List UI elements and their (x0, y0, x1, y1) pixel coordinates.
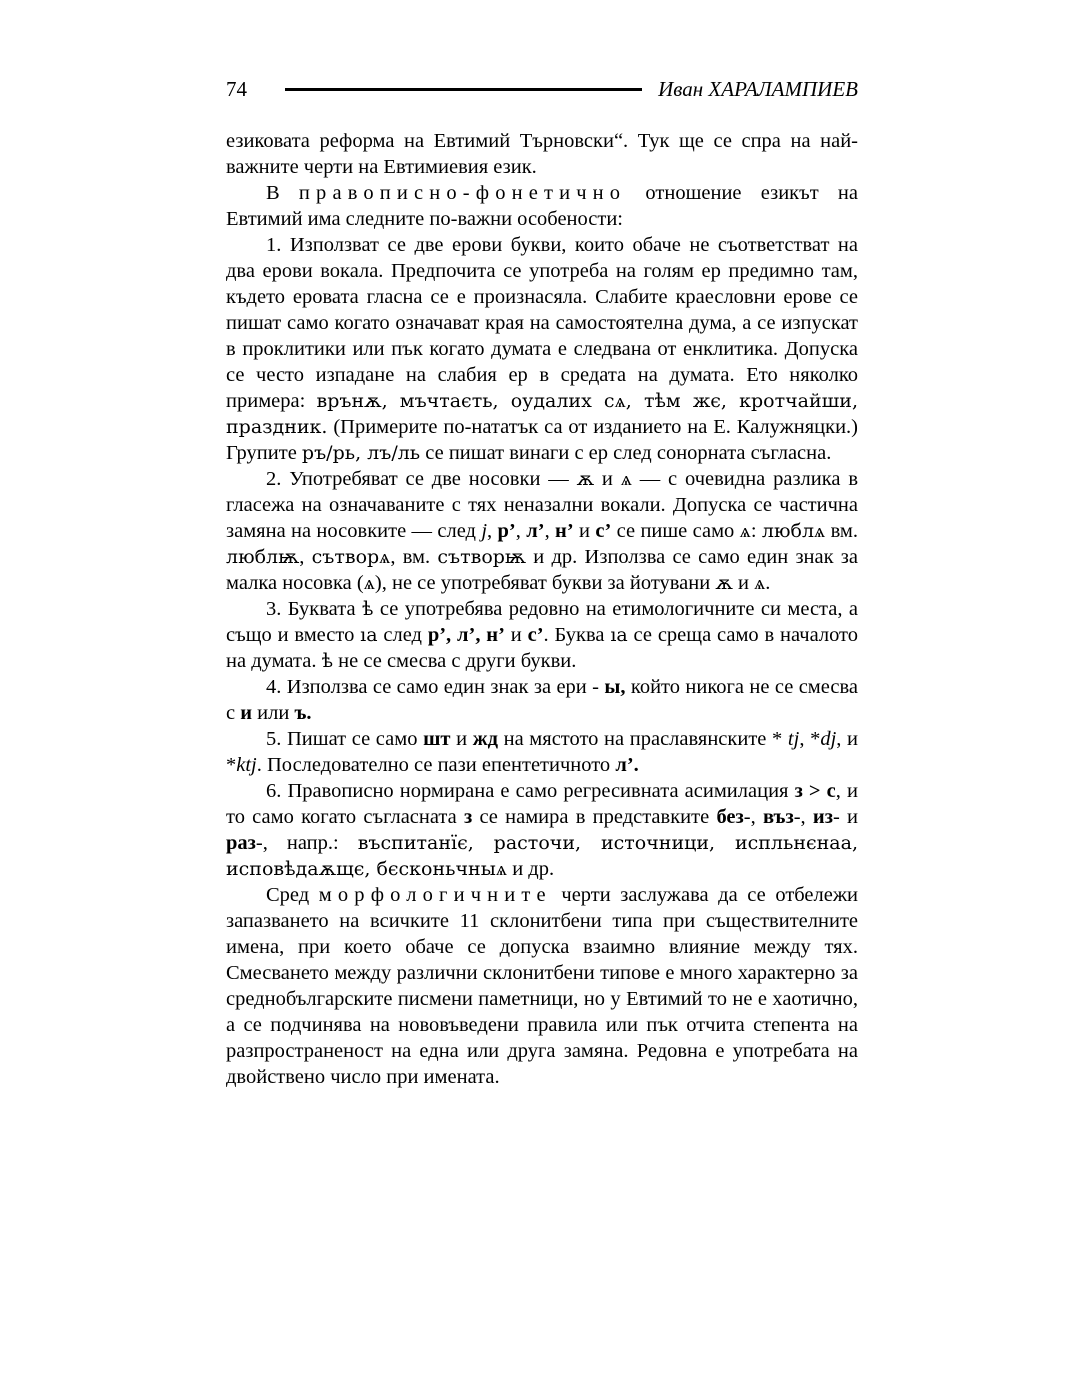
text-run: се намира в представките (472, 806, 716, 828)
text-run: с’ (595, 520, 611, 542)
text-run: и (451, 728, 473, 750)
text-run: -, (744, 806, 763, 828)
page-header: 74 Иван ХАРАЛАМПИЕВ (226, 76, 858, 102)
text-run: черти заслужава да се отбележи запазване… (226, 884, 858, 1088)
text-run: , (299, 546, 311, 568)
text-run: л’ (526, 520, 544, 542)
text-run: tj (788, 728, 799, 750)
slavonic-text: ıа (610, 624, 627, 646)
text-run: раз (226, 832, 256, 854)
slavonic-text: люблѧ (762, 520, 825, 542)
text-run: шт (423, 728, 450, 750)
text-run: езиковата реформа на Евтимий Търновски“.… (226, 130, 858, 178)
text-run: р’, л’, н’ (428, 624, 505, 646)
slavonic-text: ѫ (577, 468, 594, 490)
running-head-author: Иван ХАРАЛАМПИЕВ (658, 76, 858, 102)
text-run: правописно-фонетично (299, 182, 626, 204)
slavonic-text: ѣ (322, 650, 333, 672)
text-run: на мястото на праславянските * (498, 728, 788, 750)
paragraph: 2. Употребяват се две носовки — ѫ и ѧ — … (226, 466, 858, 596)
text-run: и др. (507, 858, 554, 880)
page-content: 74 Иван ХАРАЛАМПИЕВ езиковата реформа на… (226, 76, 858, 1090)
text-run: dj (820, 728, 836, 750)
paragraph: 3. Буквата ѣ се употребява редовно на ет… (226, 596, 858, 674)
slavonic-text: ѧ (364, 572, 375, 594)
slavonic-text: ıа (360, 624, 377, 646)
slavonic-text: ѧ (621, 468, 632, 490)
text-run: л’. (615, 754, 638, 776)
text-run: 5. Пишат се само (266, 728, 423, 750)
text-run: 2. Употребяват се две носовки — (266, 468, 577, 490)
text-run: Сред (266, 884, 319, 906)
paragraph: 4. Използва се само един знак за ери - ы… (226, 674, 858, 726)
text-run: , (545, 520, 555, 542)
text-run: , вм. (390, 546, 437, 568)
text-run: въз (763, 806, 794, 828)
slavonic-text: сътворѧ (312, 546, 391, 568)
text-run: , (487, 520, 497, 542)
slavonic-text: ѫ (715, 572, 732, 594)
text-run: ы, (604, 676, 625, 698)
page-number: 74 (226, 76, 247, 102)
text-run: и (733, 572, 754, 594)
text-run: морфологичните (319, 884, 552, 906)
text-run: , (516, 520, 526, 542)
text-run: ъ. (294, 702, 311, 724)
text-run: . Буква (544, 624, 611, 646)
text-run: - и (833, 806, 858, 828)
text-run: след (378, 624, 428, 646)
text-run: и (594, 468, 621, 490)
slavonic-text: сътворѭ (437, 546, 526, 568)
text-run: или (252, 702, 294, 724)
text-run: н’ (555, 520, 574, 542)
text-run: 1. Използват се две ерови букви, които о… (226, 234, 858, 412)
text-run: . Последователно се пази епентетичното (257, 754, 616, 776)
paragraph: 1. Използват се две ерови букви, които о… (226, 232, 858, 466)
text-run: и (574, 520, 596, 542)
slavonic-text: ѧ (754, 572, 765, 594)
header-rule (285, 88, 642, 91)
paragraph: В правописно-фонетично отношение езикът … (226, 180, 858, 232)
text-run: се пишат винаги с ер след сонорната съгл… (420, 442, 831, 464)
text-run: 6. Правописно нормирана е само регресивн… (266, 780, 795, 802)
text-run: -, (794, 806, 813, 828)
text-run: се пише само (611, 520, 739, 542)
text-run: с’ (528, 624, 544, 646)
text-run: без (716, 806, 743, 828)
paragraph: Сред морфологичните черти заслужава да с… (226, 882, 858, 1090)
text-run: ), не се употребяват букви за йотувани (375, 572, 715, 594)
text-run: -, напр.: (256, 832, 358, 854)
slavonic-text: ръ/рь, лъ/ль (302, 442, 420, 464)
paragraph: езиковата реформа на Евтимий Търновски“.… (226, 128, 858, 180)
text-run: 3. Буквата (266, 598, 362, 620)
text-run: не се смесва с други букви. (333, 650, 576, 672)
text-run: и (505, 624, 528, 646)
body-text: езиковата реформа на Евтимий Търновски“.… (226, 128, 858, 1090)
paragraph: 6. Правописно нормирана е само регресивн… (226, 778, 858, 882)
slavonic-text: ѣ (362, 598, 373, 620)
text-run: . (765, 572, 770, 594)
slavonic-text: люблѭ (226, 546, 299, 568)
text-run: з (464, 806, 472, 828)
text-run: В (266, 182, 299, 204)
slavonic-text: ѧ (740, 520, 751, 542)
text-run: ktj (236, 754, 257, 776)
text-run: вм. (825, 520, 858, 542)
text-run: и (240, 702, 252, 724)
text-run: из (813, 806, 833, 828)
text-run: з > с (795, 780, 836, 802)
book-page: 74 Иван ХАРАЛАМПИЕВ езиковата реформа на… (0, 0, 1080, 1394)
paragraph: 5. Пишат се само шт и жд на мястото на п… (226, 726, 858, 778)
text-run: : (751, 520, 762, 542)
text-run: 4. Използва се само един знак за ери - (266, 676, 604, 698)
text-run: жд (473, 728, 498, 750)
text-run: , * (799, 728, 820, 750)
text-run: р’ (498, 520, 516, 542)
